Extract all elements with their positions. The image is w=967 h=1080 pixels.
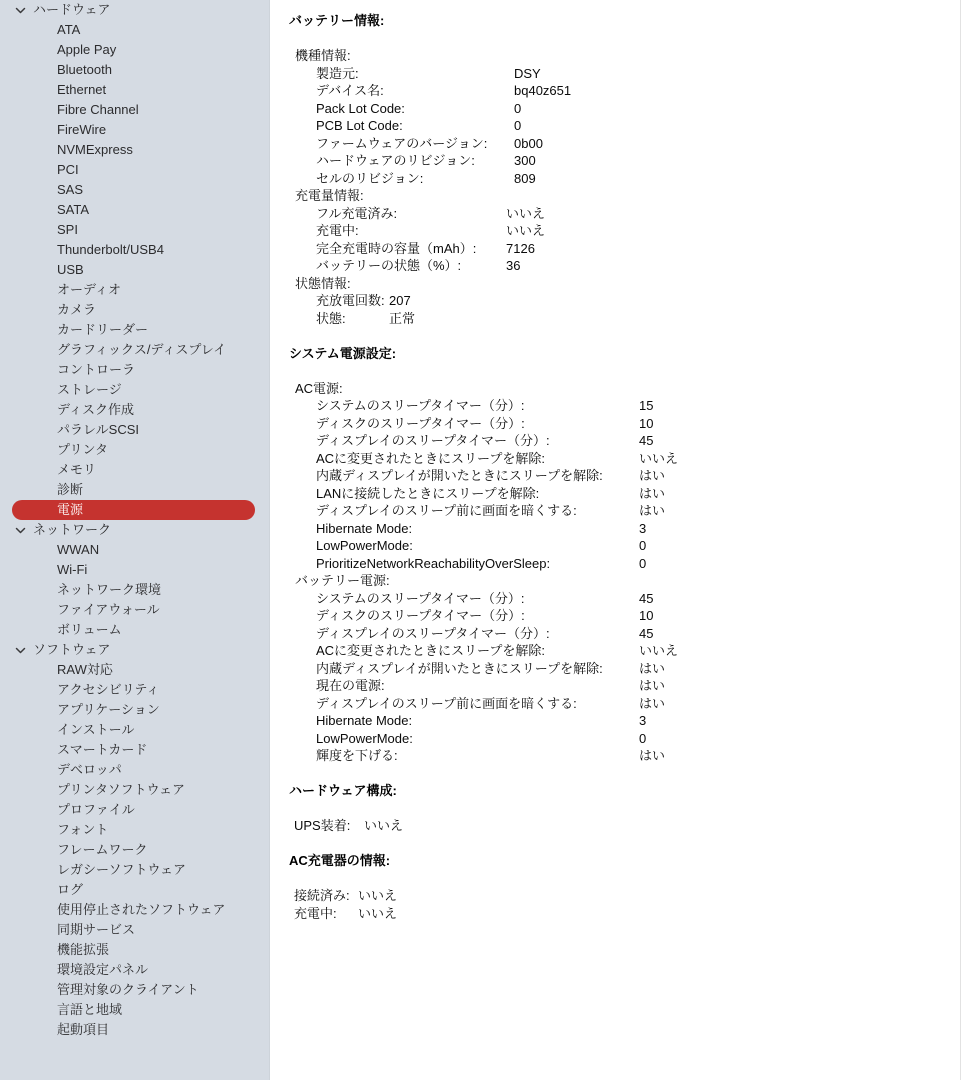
sidebar-item[interactable]: 管理対象のクライアント <box>0 980 269 1000</box>
row-label: LowPowerMode: <box>316 537 639 555</box>
sidebar-item[interactable]: プリンタソフトウェア <box>0 780 269 800</box>
sidebar-item[interactable]: グラフィックス/ディスプレイ <box>0 340 269 360</box>
report-row: バッテリーの状態（%）:36 <box>270 257 960 275</box>
report-row: システムのスリープタイマー（分）:15 <box>270 397 960 415</box>
row-value: 7126 <box>506 240 535 258</box>
row-value: 45 <box>639 432 653 450</box>
sidebar-item[interactable]: ファイアウォール <box>0 600 269 620</box>
sidebar-item[interactable]: カメラ <box>0 300 269 320</box>
report-row: 輝度を下げる:はい <box>270 747 960 765</box>
sidebar-item[interactable]: プリンタ <box>0 440 269 460</box>
report-row: 完全充電時の容量（mAh）:7126 <box>270 240 960 258</box>
sidebar-item[interactable]: SPI <box>0 220 269 240</box>
sidebar-item[interactable]: 機能拡張 <box>0 940 269 960</box>
group-title: AC電源: <box>270 380 960 398</box>
row-value: 3 <box>639 712 646 730</box>
report-row: ディスプレイのスリープタイマー（分）:45 <box>270 432 960 450</box>
sidebar-item[interactable]: Apple Pay <box>0 40 269 60</box>
row-value: 0 <box>514 117 521 135</box>
row-label: ディスクのスリープタイマー（分）: <box>316 415 639 433</box>
sidebar-item[interactable]: ATA <box>0 20 269 40</box>
section-title: ハードウェア構成: <box>270 782 960 800</box>
sidebar-item[interactable]: ボリューム <box>0 620 269 640</box>
report-row: Pack Lot Code:0 <box>270 100 960 118</box>
row-value: bq40z651 <box>514 82 571 100</box>
sidebar-item[interactable]: コントローラ <box>0 360 269 380</box>
row-value: いいえ <box>358 905 397 923</box>
sidebar-item-selected[interactable]: 電源 <box>12 500 255 520</box>
row-label: ACに変更されたときにスリープを解除: <box>316 642 639 660</box>
report-section-battery-info: バッテリー情報:機種情報:製造元:DSYデバイス名:bq40z651Pack L… <box>270 12 960 327</box>
report-row: ディスクのスリープタイマー（分）:10 <box>270 607 960 625</box>
row-value: いいえ <box>639 450 678 468</box>
sidebar-item[interactable]: 環境設定パネル <box>0 960 269 980</box>
row-label: 充電中: <box>294 905 358 923</box>
row-value: はい <box>639 677 665 695</box>
report-row: 充電中:いいえ <box>270 222 960 240</box>
sidebar-item[interactable]: パラレルSCSI <box>0 420 269 440</box>
row-label: Hibernate Mode: <box>316 712 639 730</box>
row-label: 状態: <box>316 310 389 328</box>
row-value: いいえ <box>364 817 403 835</box>
sidebar-item[interactable]: PCI <box>0 160 269 180</box>
report-pane: バッテリー情報:機種情報:製造元:DSYデバイス名:bq40z651Pack L… <box>270 0 960 1080</box>
report-row: ディスプレイのスリープタイマー（分）:45 <box>270 625 960 643</box>
sidebar-item[interactable]: ディスク作成 <box>0 400 269 420</box>
sidebar-item[interactable]: SATA <box>0 200 269 220</box>
report-row: Hibernate Mode:3 <box>270 520 960 538</box>
row-label: PrioritizeNetworkReachabilityOverSleep: <box>316 555 639 573</box>
sidebar-item[interactable]: スマートカード <box>0 740 269 760</box>
row-label: セルのリビジョン: <box>316 170 514 188</box>
row-value: 45 <box>639 625 653 643</box>
chevron-down-icon <box>15 525 26 536</box>
sidebar-item[interactable]: アクセシビリティ <box>0 680 269 700</box>
row-label: ディスプレイのスリープ前に画面を暗くする: <box>316 695 639 713</box>
row-label: 輝度を下げる: <box>316 747 639 765</box>
report-row: 内蔵ディスプレイが開いたときにスリープを解除:はい <box>270 467 960 485</box>
sidebar-item[interactable]: 使用停止されたソフトウェア <box>0 900 269 920</box>
report-row: LANに接続したときにスリープを解除:はい <box>270 485 960 503</box>
sidebar-item[interactable]: プロファイル <box>0 800 269 820</box>
sidebar-item[interactable]: アプリケーション <box>0 700 269 720</box>
report-section-hardware-config: ハードウェア構成:UPS装着:いいえ <box>270 782 960 835</box>
sidebar-item[interactable]: ネットワーク環境 <box>0 580 269 600</box>
row-value: はい <box>639 502 665 520</box>
sidebar-section-label: ハードウェア <box>33 0 110 20</box>
sidebar-section-label: ネットワーク <box>33 520 111 540</box>
row-value: 正常 <box>389 310 415 328</box>
sidebar-item[interactable]: WWAN <box>0 540 269 560</box>
sidebar-item[interactable]: オーディオ <box>0 280 269 300</box>
row-label: Hibernate Mode: <box>316 520 639 538</box>
row-value: 0 <box>639 537 646 555</box>
row-value: 36 <box>506 257 520 275</box>
report-row: ディスプレイのスリープ前に画面を暗くする:はい <box>270 502 960 520</box>
row-value: 15 <box>639 397 653 415</box>
report-section-ac-charger-info: AC充電器の情報:接続済み:いいえ充電中:いいえ <box>270 852 960 922</box>
sidebar-item[interactable]: デベロッパ <box>0 760 269 780</box>
row-value: いいえ <box>506 222 545 240</box>
chevron-down-icon <box>15 5 26 16</box>
row-label: ディスプレイのスリープ前に画面を暗くする: <box>316 502 639 520</box>
sidebar-item[interactable]: カードリーダー <box>0 320 269 340</box>
report-row: PCB Lot Code:0 <box>270 117 960 135</box>
row-label: 現在の電源: <box>316 677 639 695</box>
sidebar-item[interactable]: SAS <box>0 180 269 200</box>
row-value: はい <box>639 485 665 503</box>
report-section-system-power-settings: システム電源設定:AC電源:システムのスリープタイマー（分）:15ディスクのスリ… <box>270 345 960 765</box>
row-value: はい <box>639 660 665 678</box>
report-row: UPS装着:いいえ <box>270 817 960 835</box>
report-row: LowPowerMode:0 <box>270 730 960 748</box>
group-title: バッテリー電源: <box>270 572 960 590</box>
sidebar-item[interactable]: Ethernet <box>0 80 269 100</box>
report-row: フル充電済み:いいえ <box>270 205 960 223</box>
sidebar-item[interactable]: フォント <box>0 820 269 840</box>
report-row: PrioritizeNetworkReachabilityOverSleep:0 <box>270 555 960 573</box>
row-label: ACに変更されたときにスリープを解除: <box>316 450 639 468</box>
report-row: ACに変更されたときにスリープを解除:いいえ <box>270 642 960 660</box>
sidebar-item[interactable]: 診断 <box>0 480 269 500</box>
sidebar-item[interactable]: Bluetooth <box>0 60 269 80</box>
row-value: 300 <box>514 152 536 170</box>
row-value: 0 <box>514 100 521 118</box>
sidebar-item[interactable]: USB <box>0 260 269 280</box>
report-row: 内蔵ディスプレイが開いたときにスリープを解除:はい <box>270 660 960 678</box>
row-value: いいえ <box>506 205 545 223</box>
sidebar-item[interactable]: Wi-Fi <box>0 560 269 580</box>
row-label: 製造元: <box>316 65 514 83</box>
sidebar-section-label: ソフトウェア <box>33 640 110 660</box>
sidebar-item[interactable]: 起動項目 <box>0 1020 269 1040</box>
report-row: 状態:正常 <box>270 310 960 328</box>
row-value: はい <box>639 467 665 485</box>
row-label: ディスプレイのスリープタイマー（分）: <box>316 625 639 643</box>
row-label: ハードウェアのリビジョン: <box>316 152 514 170</box>
sidebar-item[interactable]: レガシーソフトウェア <box>0 860 269 880</box>
row-value: 0 <box>639 555 646 573</box>
row-label: システムのスリープタイマー（分）: <box>316 397 639 415</box>
sidebar-item[interactable]: 同期サービス <box>0 920 269 940</box>
report-row: LowPowerMode:0 <box>270 537 960 555</box>
row-value: 0b00 <box>514 135 543 153</box>
report-row: ディスプレイのスリープ前に画面を暗くする:はい <box>270 695 960 713</box>
row-value: 809 <box>514 170 536 188</box>
sidebar-section-hardware[interactable]: ハードウェア <box>0 0 269 20</box>
report-row: 製造元:DSY <box>270 65 960 83</box>
row-label: フル充電済み: <box>316 205 506 223</box>
row-value: 10 <box>639 415 653 433</box>
row-label: ディスクのスリープタイマー（分）: <box>316 607 639 625</box>
sidebar-item[interactable]: Fibre Channel <box>0 100 269 120</box>
report-row: ハードウェアのリビジョン:300 <box>270 152 960 170</box>
row-value: いいえ <box>639 642 678 660</box>
row-label: 接続済み: <box>294 887 358 905</box>
report-row: 充電中:いいえ <box>270 905 960 923</box>
row-label: UPS装着: <box>294 817 364 835</box>
system-information-window: ハードウェアATAApple PayBluetoothEthernetFibre… <box>0 0 961 1080</box>
row-value: 3 <box>639 520 646 538</box>
sidebar-section-network[interactable]: ネットワーク <box>0 520 269 540</box>
sidebar-item[interactable]: 言語と地域 <box>0 1000 269 1020</box>
row-value: 10 <box>639 607 653 625</box>
row-label: ディスプレイのスリープタイマー（分）: <box>316 432 639 450</box>
row-label: デバイス名: <box>316 82 514 100</box>
sidebar: ハードウェアATAApple PayBluetoothEthernetFibre… <box>0 0 270 1080</box>
report-row: 充放電回数:207 <box>270 292 960 310</box>
row-value: はい <box>639 747 665 765</box>
sidebar-item[interactable]: ログ <box>0 880 269 900</box>
group-title: 機種情報: <box>270 47 960 65</box>
report-row: セルのリビジョン:809 <box>270 170 960 188</box>
sidebar-section-software[interactable]: ソフトウェア <box>0 640 269 660</box>
row-label: 充放電回数: <box>316 292 389 310</box>
sidebar-item[interactable]: メモリ <box>0 460 269 480</box>
row-label: システムのスリープタイマー（分）: <box>316 590 639 608</box>
row-label: 充電中: <box>316 222 506 240</box>
chevron-down-icon <box>15 645 26 656</box>
group-title: 充電量情報: <box>270 187 960 205</box>
sidebar-item[interactable]: フレームワーク <box>0 840 269 860</box>
section-title: バッテリー情報: <box>270 12 960 30</box>
row-value: DSY <box>514 65 541 83</box>
sidebar-list: ハードウェアATAApple PayBluetoothEthernetFibre… <box>0 0 269 1040</box>
section-title: AC充電器の情報: <box>270 852 960 870</box>
row-value: 0 <box>639 730 646 748</box>
sidebar-item[interactable]: インストール <box>0 720 269 740</box>
sidebar-item[interactable]: Thunderbolt/USB4 <box>0 240 269 260</box>
row-label: PCB Lot Code: <box>316 117 514 135</box>
group-title: 状態情報: <box>270 275 960 293</box>
report-row: ACに変更されたときにスリープを解除:いいえ <box>270 450 960 468</box>
row-label: LowPowerMode: <box>316 730 639 748</box>
report-row: Hibernate Mode:3 <box>270 712 960 730</box>
sidebar-item[interactable]: ストレージ <box>0 380 269 400</box>
row-label: ファームウェアのバージョン: <box>316 135 514 153</box>
row-value: 207 <box>389 292 411 310</box>
row-label: 内蔵ディスプレイが開いたときにスリープを解除: <box>316 660 639 678</box>
row-value: いいえ <box>358 887 397 905</box>
sidebar-item[interactable]: FireWire <box>0 120 269 140</box>
report-row: デバイス名:bq40z651 <box>270 82 960 100</box>
report-row: 現在の電源:はい <box>270 677 960 695</box>
report-row: システムのスリープタイマー（分）:45 <box>270 590 960 608</box>
row-label: バッテリーの状態（%）: <box>316 257 506 275</box>
row-label: LANに接続したときにスリープを解除: <box>316 485 639 503</box>
row-value: はい <box>639 695 665 713</box>
row-label: 完全充電時の容量（mAh）: <box>316 240 506 258</box>
report-row: ディスクのスリープタイマー（分）:10 <box>270 415 960 433</box>
row-value: 45 <box>639 590 653 608</box>
row-label: 内蔵ディスプレイが開いたときにスリープを解除: <box>316 467 639 485</box>
section-title: システム電源設定: <box>270 345 960 363</box>
row-label: Pack Lot Code: <box>316 100 514 118</box>
report-row: ファームウェアのバージョン:0b00 <box>270 135 960 153</box>
report-row: 接続済み:いいえ <box>270 887 960 905</box>
sidebar-item[interactable]: NVMExpress <box>0 140 269 160</box>
sidebar-item[interactable]: RAW対応 <box>0 660 269 680</box>
